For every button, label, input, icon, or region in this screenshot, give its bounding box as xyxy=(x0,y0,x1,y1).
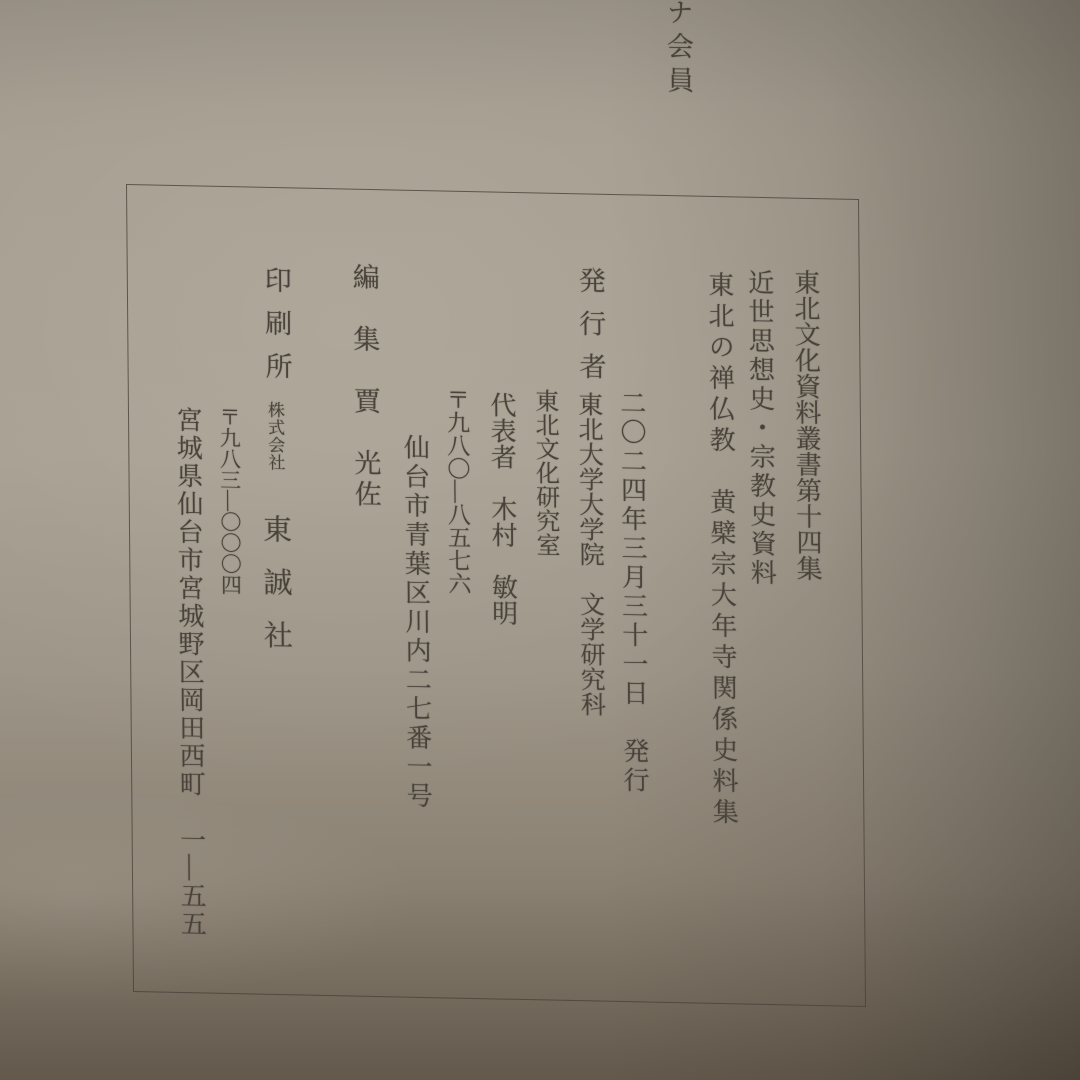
publication-date: 二〇二四年三月三十一日 発行 xyxy=(618,389,648,796)
colophon-box: 東北文化資料叢書第十四集 近世思想史・宗教史資料 東北の禅仏教 黄檗宗大年寺関係… xyxy=(126,184,866,1007)
editor-line: 編 集 賈 光佐 xyxy=(350,263,379,512)
printer-label: 印刷所 xyxy=(262,266,290,396)
printer-postal-code: 〒九八三—〇〇〇四 xyxy=(218,406,241,595)
genre-subtitle: 近世思想史・宗教史資料 xyxy=(746,269,775,589)
book-title: 東北の禅仏教 黄檗宗大年寺関係史料集 xyxy=(706,271,737,830)
printer-name-column: 株式会社東誠社 xyxy=(259,401,290,674)
publisher-postal-code: 〒九八〇—八五七六 xyxy=(445,387,470,594)
printer-company-name: 東誠社 xyxy=(258,471,292,674)
publisher-address: 仙台市青葉区川内二七番一号 xyxy=(401,434,430,812)
publisher-label: 発行者 xyxy=(576,266,604,396)
series-title: 東北文化資料叢書第十四集 xyxy=(792,269,821,582)
representative-line: 代表者 木村 敏明 xyxy=(488,391,516,626)
previous-text-column-fragment: ナ会員 xyxy=(664,0,692,100)
publisher-name-line2: 東北文化研究室 xyxy=(532,388,557,556)
printer-company-type: 株式会社 xyxy=(265,401,285,471)
book-page-photo: ナ会員 東北文化資料叢書第十四集 近世思想史・宗教史資料 東北の禅仏教 黄檗宗大… xyxy=(0,0,1080,1080)
printer-address: 宮城県仙台市宮城野区岡田西町 一—五五 xyxy=(174,406,205,939)
publisher-name-line1: 東北大学大学院 文学研究科 xyxy=(576,391,604,717)
